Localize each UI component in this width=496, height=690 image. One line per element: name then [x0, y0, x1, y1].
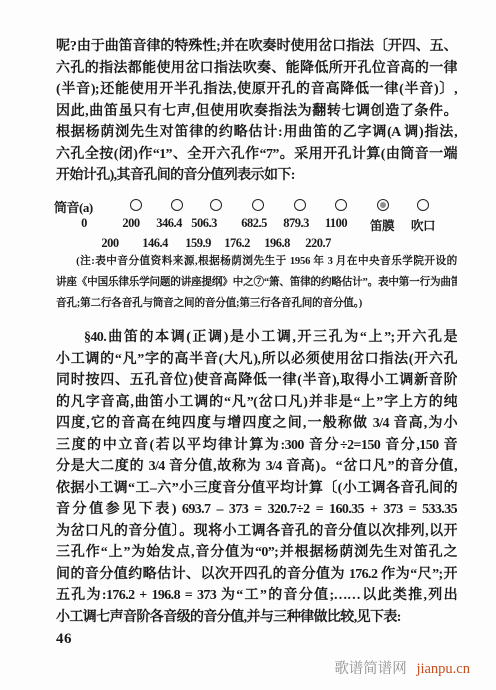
- watermark-url-text: jianpu.cn: [416, 661, 470, 677]
- text-line: §40.曲笛的本调(正调)是小工调,开三孔为“上”;开六孔是: [56, 327, 457, 349]
- paragraph-continuation: 呢?由于曲笛音律的特殊性;并在吹奏时使用岔口指法〔开四、五、 六孔的指法都能使用…: [56, 36, 457, 187]
- cent-value: 879.3: [283, 216, 309, 231]
- page-number: 46: [56, 631, 72, 648]
- cent-value: 1100: [325, 216, 347, 231]
- note-line: 音孔;第二行各音孔与筒音之间的音分值;第三行各音孔间的音分值。): [56, 293, 457, 314]
- watermark-site-name: 歌谱简谱网: [334, 661, 407, 677]
- text-line: 的凡字音高,曲笛小工调的“凡”(岔口凡)并非是“上”字上方的纯: [56, 392, 457, 414]
- text-line: 呢?由于曲笛音律的特殊性;并在吹奏时使用岔口指法〔开四、五、: [56, 36, 457, 58]
- finger-hole-icon: [130, 199, 142, 211]
- interval-value: 176.2: [224, 236, 250, 251]
- finger-hole-icon: [294, 199, 306, 211]
- finger-hole-icon: [252, 199, 264, 211]
- text-line: 小工调的“凡”字的高半音(大凡),所以必须使用岔口指法(开六孔: [56, 349, 457, 371]
- cent-value: 682.5: [241, 216, 267, 231]
- text-line: 开始计孔),其音孔间的音分值列表示如下:: [56, 165, 457, 187]
- tube-tone-label: 筒音(a): [54, 197, 93, 216]
- text-line: 小工调七声音阶各音级的音分值,并与三种律做比较,见下表:: [56, 607, 457, 629]
- text-line: 音分值参见下表) 693.7 – 373 = 320.7÷2 = 160.35 …: [56, 499, 457, 521]
- text-line: 间的音分值约略估计、以次开四孔的音分值为 176.2 作为“尺”;开: [56, 564, 457, 586]
- finger-hole-icon: [335, 199, 347, 211]
- blow-hole-icon: [417, 199, 429, 211]
- interval-value: 196.8: [264, 236, 290, 251]
- interval-value: 146.4: [142, 236, 168, 251]
- text-line: 分是大二度的 3/4 音分值,故称为 3/4 音高)。“岔口凡”的音分值,: [56, 456, 457, 478]
- table-note: (注:表中音分值资料来源,根据杨荫浏先生于 1956 年 3 月在中央音乐学院开…: [56, 251, 457, 314]
- text-line: 五孔为:176.2 + 196.8 = 373 为“工”的音分值;……以此类推,…: [56, 585, 457, 607]
- cent-value: 200: [122, 216, 139, 231]
- book-page-scan: 呢?由于曲笛音律的特殊性;并在吹奏时使用岔口指法〔开四、五、 六孔的指法都能使用…: [0, 0, 496, 690]
- text-line: 三度的中立音(若以平均律计算为:300 音分÷2=150 音分,150 音: [56, 435, 457, 457]
- finger-hole-icon: [210, 199, 222, 211]
- cent-value: 346.4: [156, 216, 182, 231]
- interval-value: 159.9: [185, 236, 211, 251]
- text-line: 三孔作“上”为始发点,音分值为“0”;并根据杨荫浏先生对笛孔之: [56, 542, 457, 564]
- membrane-fill: [380, 202, 386, 208]
- text-line: 依据小工调“工–六”小三度音分值平均计算〔(小工调各音孔间的: [56, 478, 457, 500]
- cent-value: 0: [81, 216, 87, 231]
- text-line: 为岔口凡的音分值〕。现将小工调各音孔的音分值以次排列,以开: [56, 521, 457, 543]
- text-line: 因此,曲笛虽只有七声,但使用吹奏指法为翻转七调创造了条件。: [56, 101, 457, 123]
- text-line: 四度,它的音高在纯四度与增四度之间,一般称做 3/4 音高,为小: [56, 413, 457, 435]
- finger-hole-icon: [171, 199, 183, 211]
- text-line: 六孔的指法都能使用岔口指法吹奏、能降低所开孔位音高的一律: [56, 58, 457, 80]
- note-line: 讲座《中国乐律乐学问题的讲座提纲》中之⑦“箫、笛律的约略估计”。表中第一行为曲笛: [56, 272, 457, 293]
- text-line: 根据杨荫浏先生对笛律的约略估计:用曲笛的乙字调(A 调)指法,: [56, 122, 457, 144]
- membrane-hole-icon: [377, 199, 389, 211]
- watermark: 歌谱简谱网 jianpu.cn: [334, 657, 470, 678]
- note-line: (注:表中音分值资料来源,根据杨荫浏先生于 1956 年 3 月在中央音乐学院开…: [56, 251, 457, 272]
- interval-value: 200: [101, 236, 118, 251]
- cent-diagram: 筒音(a) 0 200 346.4 506.3 682.5 879.3 1100…: [0, 196, 496, 254]
- text-line: 六孔全按(闭)作“1”、全开六孔作“7”。采用开孔计算(由筒音一端: [56, 144, 457, 166]
- cent-value: 506.3: [191, 216, 217, 231]
- interval-value: 220.7: [305, 236, 331, 251]
- text-line: (半音);还能使用开半孔指法,使原开孔的音高降低一律(半音)〕,: [56, 79, 457, 101]
- text-line: 同时按四、五孔音位)使音高降低一律(半音),取得小工调新音阶: [56, 370, 457, 392]
- blow-hole-label: 吹口: [411, 216, 435, 234]
- section-40-paragraph: §40.曲笛的本调(正调)是小工调,开三孔为“上”;开六孔是 小工调的“凡”字的…: [56, 327, 457, 628]
- membrane-label: 笛膜: [370, 216, 394, 234]
